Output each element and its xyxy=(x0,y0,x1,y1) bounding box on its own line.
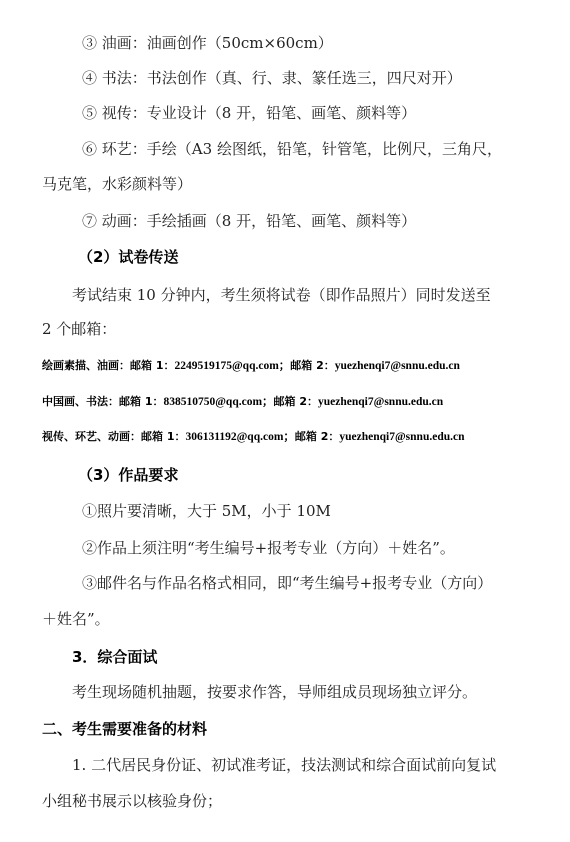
paragraph-interview: 考生现场随机抽题，按要求作答，导师组成员现场独立评分。 xyxy=(0,680,570,704)
item-text: 环艺：手绘（A3 绘图纸，铅笔，针管笔，比例尺，三角尺， xyxy=(102,140,502,158)
item-number: ③ xyxy=(82,34,97,52)
paragraph-materials-line1: 1. 二代居民身份证、初试准考证，技法测试和综合面试前向复试 xyxy=(0,753,570,777)
paragraph-submission-line1: 考试结束 10 分钟内，考生须将试卷（即作品照片）同时发送至 xyxy=(0,283,570,307)
paragraph-submission-line2: 2 个邮箱： xyxy=(0,317,570,341)
email2-label: 邮箱 2： xyxy=(290,359,334,372)
list-item-visual-design: ⑤ 视传：专业设计（8 开，铅笔、画笔、颜料等） xyxy=(0,101,570,125)
requirement-item-3-cont: ＋姓名”。 xyxy=(0,607,570,631)
email1-label: 邮箱 1： xyxy=(130,359,174,372)
email1-label: 邮箱 1： xyxy=(141,430,185,443)
list-item-oil-painting: ③ 油画：油画创作（50cm×60cm） xyxy=(0,31,570,55)
email2-label: 邮箱 2： xyxy=(274,395,318,408)
section-heading-work-requirements: （3）作品要求 xyxy=(0,463,570,487)
section-heading-materials: 二、考生需要准备的材料 xyxy=(0,717,570,741)
list-item-environment-art: ⑥ 环艺：手绘（A3 绘图纸，铅笔，针管笔，比例尺，三角尺， xyxy=(0,137,570,161)
email2-address[interactable]: yuezhenqi7@snnu.edu.cn xyxy=(335,360,460,372)
requirement-item-2: ②作品上须注明“考生编号+报考专业（方向）＋姓名”。 xyxy=(0,536,570,560)
email1-address[interactable]: 838510750@qq.com； xyxy=(163,396,273,408)
item-number: ⑤ xyxy=(82,104,97,122)
email-row-painting: 绘画素描、油画：邮箱 1：2249519175@qq.com；邮箱 2：yuez… xyxy=(0,354,570,378)
list-item-environment-art-cont: 马克笔，水彩颜料等） xyxy=(0,172,570,196)
email-group: 绘画素描、油画： xyxy=(42,359,130,372)
paragraph-materials-line2: 小组秘书展示以核验身份； xyxy=(0,789,570,813)
email1-address[interactable]: 2249519175@qq.com； xyxy=(174,360,290,372)
item-text: 动画：手绘插画（8 开，铅笔、画笔、颜料等） xyxy=(102,212,416,230)
list-item-animation: ⑦ 动画：手绘插画（8 开，铅笔、画笔、颜料等） xyxy=(0,209,570,233)
email1-label: 邮箱 1： xyxy=(119,395,163,408)
item-text: 马克笔，水彩颜料等） xyxy=(42,175,192,193)
section-heading-interview: 3．综合面试 xyxy=(0,645,570,669)
list-item-calligraphy: ④ 书法：书法创作（真、行、隶、篆任选三，四尺对开） xyxy=(0,66,570,90)
email-group: 中国画、书法： xyxy=(42,395,119,408)
email-row-design: 视传、环艺、动画：邮箱 1：306131192@qq.com；邮箱 2：yuez… xyxy=(0,425,570,449)
item-number: ⑦ xyxy=(82,212,97,230)
item-text: 油画：油画创作（50cm×60cm） xyxy=(102,34,333,52)
document-page: ③ 油画：油画创作（50cm×60cm） ④ 书法：书法创作（真、行、隶、篆任选… xyxy=(0,0,570,842)
requirement-item-3: ③邮件名与作品名格式相同，即“考生编号+报考专业（方向） xyxy=(0,571,570,595)
requirement-item-1: ①照片要清晰，大于 5M，小于 10M xyxy=(0,499,570,523)
section-heading-paper-submission: （2）试卷传送 xyxy=(0,245,570,269)
email-row-chinese-painting: 中国画、书法：邮箱 1：838510750@qq.com；邮箱 2：yuezhe… xyxy=(0,390,570,414)
item-number: ⑥ xyxy=(82,140,97,158)
item-text: 书法：书法创作（真、行、隶、篆任选三，四尺对开） xyxy=(102,69,462,87)
email2-address[interactable]: yuezhenqi7@snnu.edu.cn xyxy=(339,431,464,443)
email2-address[interactable]: yuezhenqi7@snnu.edu.cn xyxy=(318,396,443,408)
item-number: ④ xyxy=(82,69,97,87)
email1-address[interactable]: 306131192@qq.com； xyxy=(185,431,294,443)
item-text: 视传：专业设计（8 开，铅笔、画笔、颜料等） xyxy=(102,104,416,122)
email2-label: 邮箱 2： xyxy=(295,430,339,443)
email-group: 视传、环艺、动画： xyxy=(42,430,141,443)
